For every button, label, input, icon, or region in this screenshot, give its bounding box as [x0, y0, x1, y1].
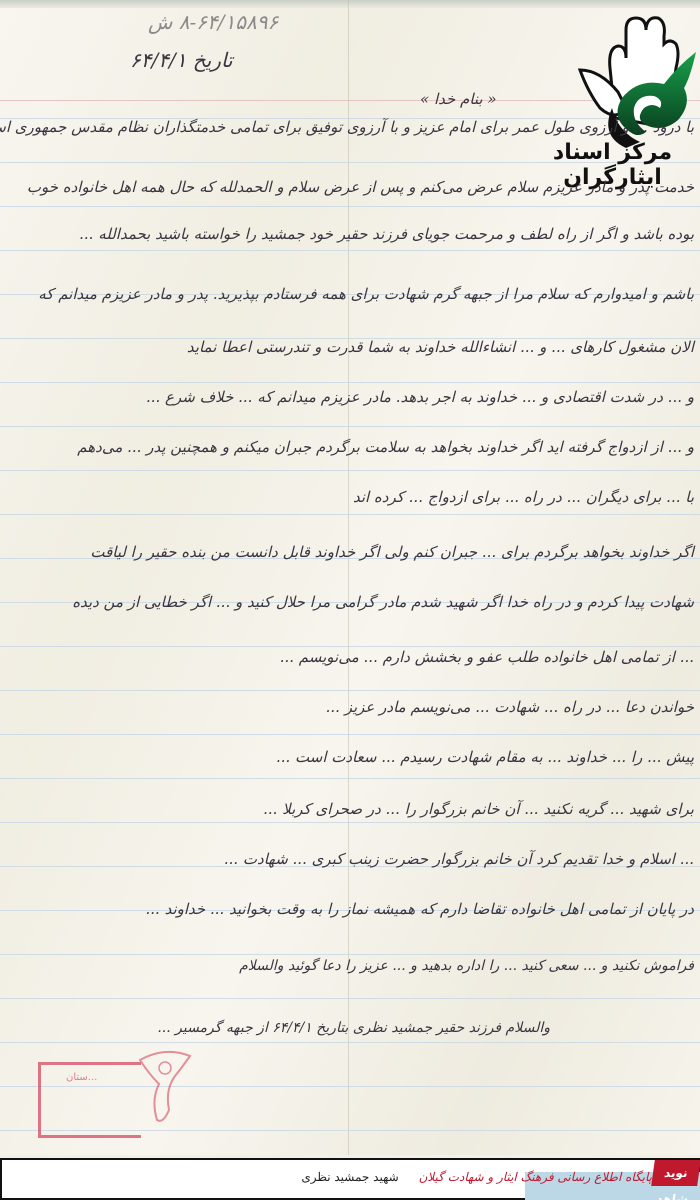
ruled-line: [0, 646, 700, 647]
paper-fold: [348, 0, 349, 1155]
letter-line: پیش ... را ... خداوند ... به مقام شهادت …: [276, 748, 694, 766]
stamp-text: ...ستان: [66, 1072, 97, 1083]
letter-line: اگر خداوند بخواهد برگردم برای ... جبران …: [90, 543, 694, 561]
ruled-line: [0, 734, 700, 735]
ruled-line: [0, 822, 700, 823]
letter-line: خواندن دعا ... در راه ... شهادت ... می‌ن…: [326, 698, 694, 716]
document-number: ۸-۶۴/۱۵۸۹۶ ش: [148, 10, 278, 34]
ruled-line: [0, 690, 700, 691]
ruled-line: [0, 382, 700, 383]
ruled-line: [0, 778, 700, 779]
letter-line: خدمت پدر و مادر عزیزم سلام عرض می‌کنم و …: [27, 178, 694, 196]
letter-line: الان مشغول کارهای ... و ... انشاءالله خد…: [187, 338, 694, 356]
invocation: « بنام خدا »: [420, 90, 497, 108]
letter-line: و ... از ازدواج گرفته اید اگر خداوند بخو…: [77, 438, 694, 456]
ruled-line: [0, 250, 700, 251]
watermark-text: پایگاه اطلاع رسانی فرهنگ ایثار و شهادت گ…: [380, 1170, 652, 1184]
letter-line: ... اسلام و خدا تقدیم کرد آن خانم بزرگوا…: [224, 850, 694, 868]
letter-line: شهادت پیدا کردم و در راه خدا اگر شهید شد…: [72, 593, 694, 611]
ruled-line: [0, 470, 700, 471]
ruled-line: [0, 206, 700, 207]
letter-line: در پایان از تمامی اهل خانواده تقاضا دارم…: [146, 900, 695, 918]
ruled-line: [0, 1042, 700, 1043]
ruled-line: [0, 954, 700, 955]
letter-line: با درود ... و آرزوی طول عمر برای امام عز…: [0, 118, 694, 136]
letter-date: تاریخ ۶۴/۴/۱: [130, 48, 233, 72]
letter-line: بوده باشد و اگر از راه لطف و مرحمت جویای…: [79, 225, 694, 243]
watermark-brand-logo: نوید شاهد: [651, 1160, 700, 1186]
letter-line: با ... برای دیگران ... در راه ... برای ا…: [353, 488, 694, 506]
letter-line: ... از تمامی اهل خانواده طلب عفو و بخشش …: [280, 648, 694, 666]
ruled-line: [0, 426, 700, 427]
emblem-stamp-icon: [135, 1050, 195, 1130]
letter-line: باشم و امیدوارم که سلام مرا از جبهه گرم …: [38, 285, 694, 303]
scan-edge: [0, 0, 700, 8]
letter-line: برای شهید ... گریه نکنید ... آن خانم بزر…: [263, 800, 694, 818]
ruled-line: [0, 514, 700, 515]
letter-line: فراموش نکنید و ... سعی کنید ... را اداره…: [239, 958, 694, 974]
letter-line: والسلام فرزند حقیر جمشید نظری بتاریخ ۶۴/…: [157, 1020, 550, 1036]
letter-line: و ... در شدت اقتصادی و ... خداوند به اجر…: [146, 388, 694, 406]
ruled-line: [0, 998, 700, 999]
